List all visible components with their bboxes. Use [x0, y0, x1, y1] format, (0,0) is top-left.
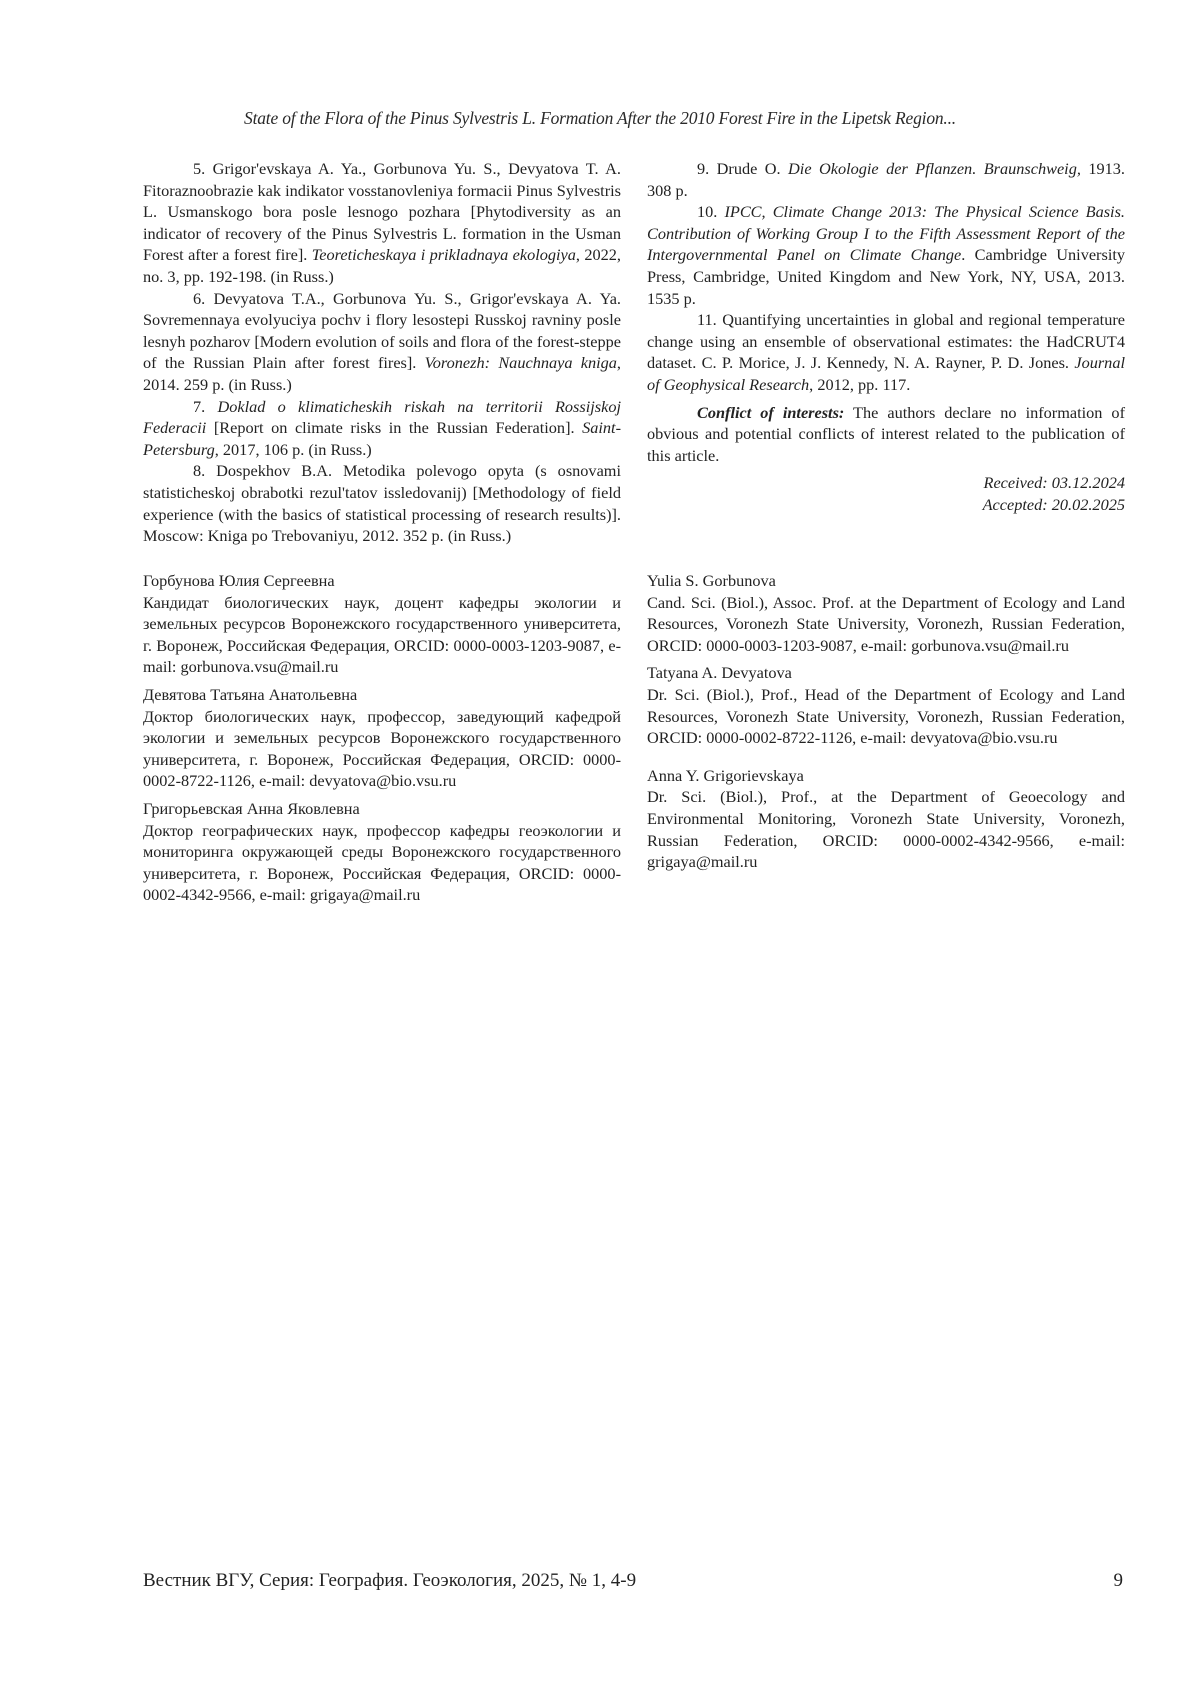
author-name: Девятова Татьяна Анатольевна — [143, 684, 621, 706]
references-right-column: 9. Drude O. Die Okologie der Pflanzen. B… — [647, 158, 1125, 516]
received-date: Received: 03.12.2024 — [647, 472, 1125, 494]
reference-title: Die Okologie der Pflanzen. Braunschweig, — [788, 159, 1081, 178]
reference-text: Drude O. — [709, 159, 788, 178]
author-entry: Yulia S. Gorbunova Cand. Sci. (Biol.), A… — [647, 570, 1125, 656]
conflict-of-interests: Conflict of interests: The authors decla… — [647, 402, 1125, 467]
reference-source: Teoreticheskaya i prikladnaya ekologiya — [312, 245, 576, 264]
author-bio: Dr. Sci. (Biol.), Prof., at the Departme… — [647, 786, 1125, 872]
author-name: Yulia S. Gorbunova — [647, 570, 1125, 592]
author-name: Горбунова Юлия Сергеевна — [143, 570, 621, 592]
reference-item: 5. Grigor'evskaya A. Ya., Gorbunova Yu. … — [143, 158, 621, 288]
author-name: Anna Y. Grigorievskaya — [647, 765, 1125, 787]
article-dates: Received: 03.12.2024 Accepted: 20.02.202… — [647, 472, 1125, 515]
author-entry: Горбунова Юлия Сергеевна Кандидат биолог… — [143, 570, 621, 678]
author-entry: Anna Y. Grigorievskaya Dr. Sci. (Biol.),… — [647, 765, 1125, 873]
reference-item: 8. Dospekhov B.A. Metodika polevogo opyt… — [143, 460, 621, 546]
reference-item: 7. Doklad o klimaticheskih riskah na ter… — [143, 396, 621, 461]
author-bio: Кандидат биологических наук, доцент кафе… — [143, 592, 621, 678]
running-head: State of the Flora of the Pinus Sylvestr… — [0, 108, 1200, 129]
reference-item: 6. Devyatova T.A., Gorbunova Yu. S., Gri… — [143, 288, 621, 396]
author-name: Григорьевская Анна Яковлевна — [143, 798, 621, 820]
reference-number: 6. — [193, 289, 205, 308]
author-bio: Доктор биологических наук, профессор, за… — [143, 706, 621, 792]
reference-item: 11. Quantifying uncertainties in global … — [647, 309, 1125, 395]
reference-text: Quantifying uncertainties in global and … — [647, 310, 1125, 372]
reference-number: 8. — [193, 461, 205, 480]
reference-text — [205, 397, 217, 416]
reference-number: 11. — [697, 310, 717, 329]
conflict-label: Conflict of interests: — [697, 403, 844, 422]
author-name: Tatyana A. Devyatova — [647, 662, 1125, 684]
reference-number: 10. — [697, 202, 717, 221]
reference-number: 9. — [697, 159, 709, 178]
reference-source: Voronezh: Nauchnaya kniga — [425, 353, 617, 372]
reference-item: 9. Drude O. Die Okologie der Pflanzen. B… — [647, 158, 1125, 201]
reference-details: , 2012, pp. 117. — [809, 375, 910, 394]
accepted-date: Accepted: 20.02.2025 — [647, 494, 1125, 516]
author-entry: Девятова Татьяна Анатольевна Доктор биол… — [143, 684, 621, 792]
authors-english: Yulia S. Gorbunova Cand. Sci. (Biol.), A… — [647, 570, 1125, 879]
authors-russian: Горбунова Юлия Сергеевна Кандидат биолог… — [143, 570, 621, 912]
reference-details: , 2017, 106 p. (in Russ.) — [215, 440, 372, 459]
reference-item: 10. IPCC, Climate Change 2013: The Physi… — [647, 201, 1125, 309]
author-entry: Tatyana A. Devyatova Dr. Sci. (Biol.), P… — [647, 662, 1125, 748]
journal-citation: Вестник ВГУ, Серия: География. Геоэколог… — [143, 1570, 636, 1592]
reference-text: [Report on climate risks in the Russian … — [206, 418, 582, 437]
author-entry: Григорьевская Анна Яковлевна Доктор геог… — [143, 798, 621, 906]
author-bio: Доктор географических наук, профессор ка… — [143, 820, 621, 906]
author-bio: Dr. Sci. (Biol.), Prof., Head of the Dep… — [647, 684, 1125, 749]
reference-number: 7. — [193, 397, 205, 416]
reference-number: 5. — [193, 159, 205, 178]
reference-text: Dospekhov B.A. Metodika polevogo opyta (… — [143, 461, 621, 545]
page-number: 9 — [1114, 1570, 1124, 1592]
references-left-column: 5. Grigor'evskaya A. Ya., Gorbunova Yu. … — [143, 158, 621, 547]
author-bio: Cand. Sci. (Biol.), Assoc. Prof. at the … — [647, 592, 1125, 657]
